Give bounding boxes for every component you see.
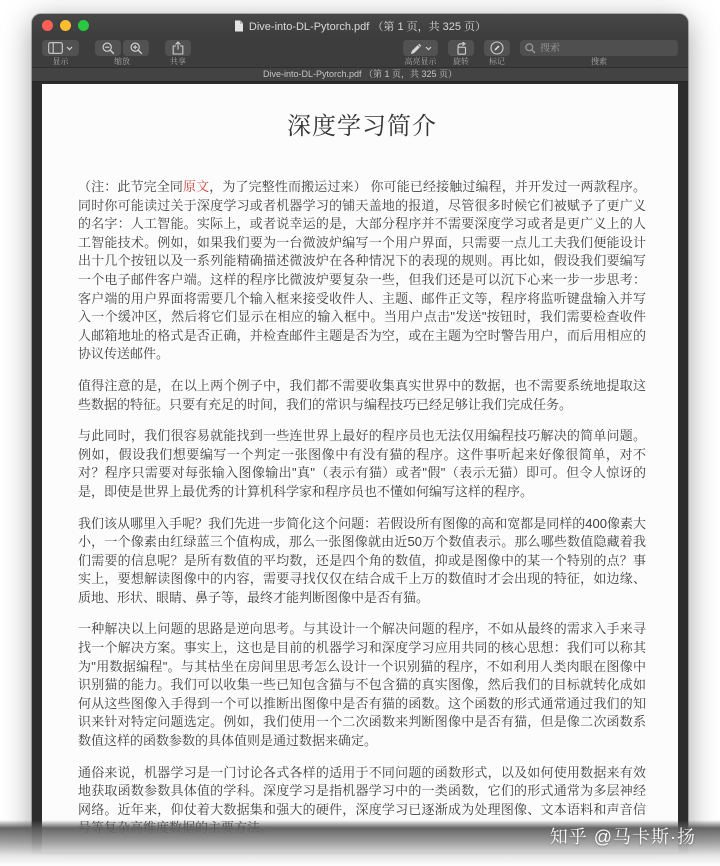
highlight-tool-label: 高亮显示: [405, 58, 437, 66]
search-input[interactable]: [540, 43, 673, 54]
markup-pen-circle-icon: [490, 41, 504, 55]
window-title: Dive-into-DL-Pytorch.pdf （第 1 页，共 325 页）: [249, 18, 486, 34]
page-title: 深度学习简介: [78, 106, 646, 141]
paragraph-1-suffix: ，为了完整性而搬运过来） 你可能已经接触过编程，并开发过一两款程序。同时你可能读…: [78, 179, 646, 361]
window-titlebar: Dive-into-DL-Pytorch.pdf （第 1 页，共 325 页）: [32, 14, 688, 37]
zoom-in-button[interactable]: [123, 40, 149, 56]
search-icon: [525, 43, 536, 54]
original-text-link[interactable]: 原文: [183, 179, 209, 194]
zoom-tool-label: 缩放: [114, 58, 130, 66]
magnifier-minus-icon: [102, 42, 115, 55]
paragraph-1: （注：此节完全同原文，为了完整性而搬运过来） 你可能已经接触过编程，并开发过一两…: [78, 178, 646, 364]
paragraph-4: 我们该从哪里入手呢？我们先进一步简化这个问题：若假设所有图像的高和宽都是同样的4…: [78, 515, 646, 608]
markup-button[interactable]: [484, 40, 510, 56]
highlighter-pen-icon: [409, 42, 422, 55]
zoom-tool: 缩放: [95, 40, 149, 66]
rotate-tool-label: 旋转: [453, 58, 469, 66]
magnifier-plus-icon: [130, 42, 143, 55]
view-tool: 显示: [42, 40, 79, 66]
zoom-out-button[interactable]: [95, 40, 121, 56]
search-field[interactable]: [520, 40, 678, 56]
toolbar: 显示: [32, 37, 688, 68]
minimize-window-button[interactable]: [60, 20, 71, 31]
bottom-gradient-strip: 知乎 @马卡斯·扬: [0, 820, 720, 866]
chevron-down-icon: [66, 46, 73, 51]
share-tool: 共享: [165, 40, 191, 66]
window-title-group: Dive-into-DL-Pytorch.pdf （第 1 页，共 325 页）: [234, 18, 486, 34]
preview-window: Dive-into-DL-Pytorch.pdf （第 1 页，共 325 页）: [32, 14, 688, 854]
share-button[interactable]: [165, 40, 191, 56]
screenshot-root: Dive-into-DL-Pytorch.pdf （第 1 页，共 325 页）: [0, 0, 720, 866]
document-tab-bar[interactable]: Dive-into-DL-Pytorch.pdf （第 1 页，共 325 页）: [32, 68, 688, 82]
rotate-icon: [454, 42, 468, 55]
paragraph-1-prefix: （注：此节完全同: [78, 179, 183, 194]
share-tool-label: 共享: [170, 58, 186, 66]
fullscreen-window-button[interactable]: [78, 20, 89, 31]
sidebar-icon: [48, 42, 63, 54]
rotate-button[interactable]: [448, 40, 474, 56]
rotate-tool: 旋转: [448, 40, 474, 66]
pdf-document-icon: [234, 20, 244, 32]
pdf-page: 深度学习简介 （注：此节完全同原文，为了完整性而搬运过来） 你可能已经接触过编程…: [42, 84, 678, 852]
close-window-button[interactable]: [42, 20, 53, 31]
search-tool: 搜索: [520, 40, 678, 66]
paragraph-2: 值得注意的是，在以上两个例子中，我们都不需要收集真实世界中的数据，也不需要系统地…: [78, 377, 646, 414]
view-options-button[interactable]: [42, 40, 79, 56]
highlight-button[interactable]: [403, 40, 438, 56]
document-tab-title: Dive-into-DL-Pytorch.pdf （第 1 页，共 325 页）: [263, 70, 457, 79]
highlight-tool: 高亮显示: [403, 40, 438, 66]
paragraph-5: 一种解决以上问题的思路是逆向思考。与其设计一个解决问题的程序，不如从最终的需求入…: [78, 620, 646, 750]
view-tool-label: 显示: [53, 58, 69, 66]
paragraph-3: 与此同时，我们很容易就能找到一些连世界上最好的程序员也无法仅用编程技巧解决的简单…: [78, 427, 646, 501]
pdf-content-area[interactable]: 深度学习简介 （注：此节完全同原文，为了完整性而搬运过来） 你可能已经接触过编程…: [32, 82, 688, 852]
markup-tool: 标记: [484, 40, 510, 66]
markup-tool-label: 标记: [489, 58, 505, 66]
search-tool-label: 搜索: [591, 58, 607, 66]
chevron-down-icon: [425, 46, 432, 51]
traffic-lights: [42, 14, 89, 37]
zhihu-watermark: 知乎 @马卡斯·扬: [550, 823, 696, 849]
share-icon: [172, 41, 184, 55]
